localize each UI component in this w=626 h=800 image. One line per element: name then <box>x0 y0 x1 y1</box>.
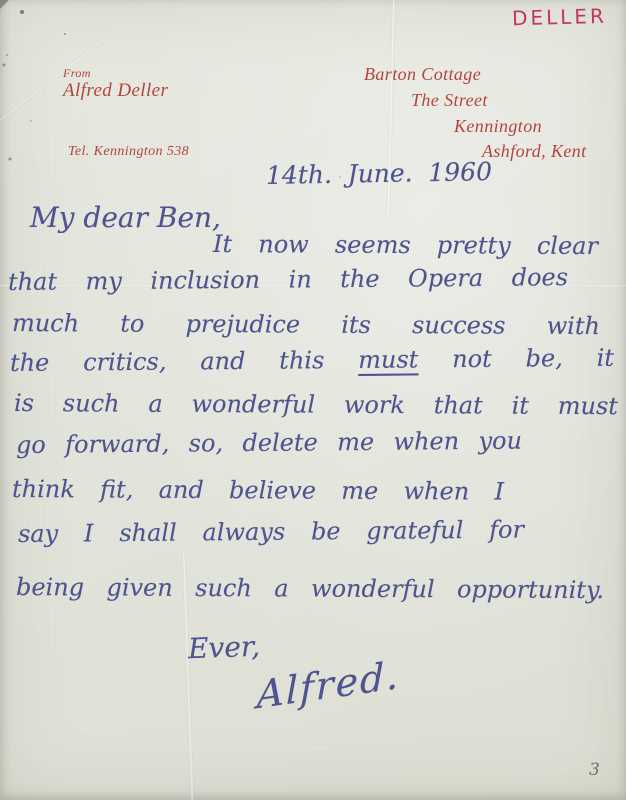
letter-page: DELLER From Alfred Deller Tel. Kenningto… <box>0 0 626 800</box>
letterhead-from-label: From <box>63 66 91 81</box>
body-line: much to prejudice its success with <box>12 310 600 341</box>
signature: Alfred. <box>257 654 400 718</box>
letterhead-sender-name: Alfred Deller <box>63 80 168 102</box>
letterhead-address-line: Kennington <box>454 116 542 137</box>
paper-specks <box>0 0 2 2</box>
letterhead-address-line: The Street <box>411 90 488 111</box>
body-line: say I shall always be grateful for <box>18 517 524 549</box>
letterhead-address-line: Barton Cottage <box>364 64 481 85</box>
body-line: go forward, so, delete me when you <box>16 428 522 460</box>
archive-annotation: DELLER <box>512 4 607 30</box>
body-line: that my inclusion in the Opera does <box>8 264 568 296</box>
page-number: 3 <box>589 760 600 780</box>
body-line: It now seems pretty clear <box>213 231 598 261</box>
letterhead-telephone: Tel. Kennington 538 <box>68 144 189 160</box>
body-line-text: the critics, and this <box>10 346 325 377</box>
closing: Ever, <box>187 631 260 666</box>
body-line: the critics, and this must not be, it <box>10 345 614 378</box>
body-line-text: not be, it <box>452 344 614 373</box>
body-line: think fit, and believe me when I <box>12 476 504 506</box>
date-line: 14th. June. 1960 <box>266 158 492 191</box>
body-line: is such a wonderful work that it must <box>14 390 618 421</box>
letterhead-address-line: Ashford, Kent <box>482 141 587 162</box>
underlined-word: must <box>358 345 418 374</box>
body-line: being given such a wonderful opportunity… <box>16 574 604 605</box>
salutation: My dear Ben, <box>30 202 221 234</box>
